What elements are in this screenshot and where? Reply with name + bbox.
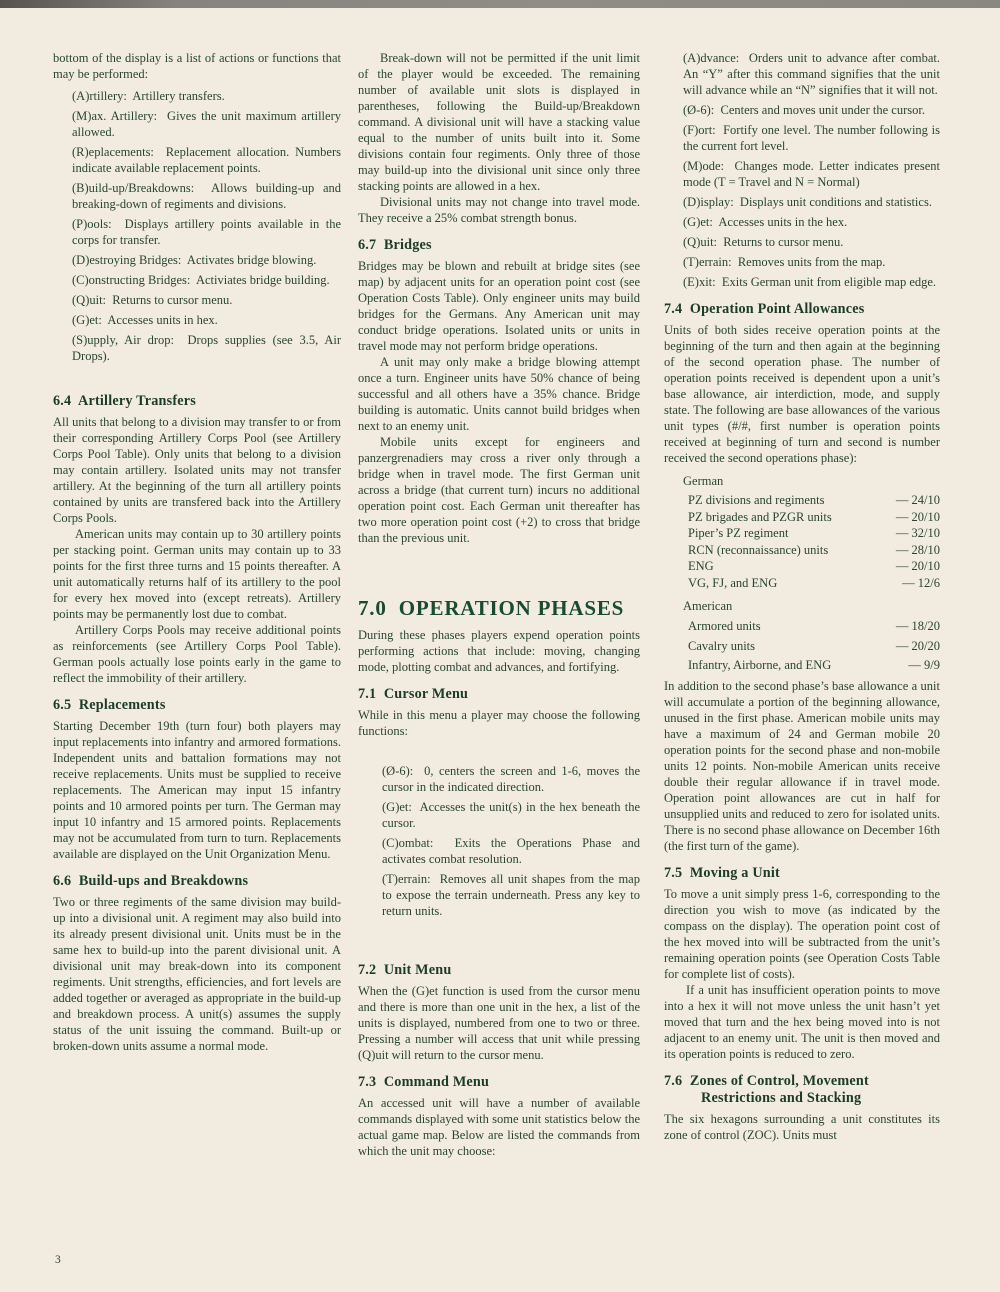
allowance-row: PZ divisions and regiments— 24/10 <box>664 492 940 509</box>
allowance-value: — 24/10 <box>888 492 940 509</box>
column-left: bottom of the display is a list of actio… <box>53 50 341 1054</box>
paragraph: While in this menu a player may choose t… <box>358 707 640 739</box>
allowance-group-header: American <box>664 598 940 614</box>
paragraph: bottom of the display is a list of actio… <box>53 50 341 82</box>
allowance-label: Armored units <box>688 617 761 637</box>
paragraph: Mobile units except for engineers and pa… <box>358 434 640 546</box>
command-item: (S)upply, Air drop: Drops supplies (see … <box>72 332 341 364</box>
spacer <box>53 368 341 382</box>
allowance-label: VG, FJ, and ENG <box>688 575 777 592</box>
allowance-value: — 20/20 <box>888 637 940 657</box>
paragraph: Bridges may be blown and rebuilt at brid… <box>358 258 640 354</box>
section-heading: 7.4 Operation Point Allowances <box>664 301 940 318</box>
paragraph: When the (G)et function is used from the… <box>358 983 640 1063</box>
command-item: (D)isplay: Displays unit conditions and … <box>683 194 940 210</box>
command-item: (Q)uit: Returns to cursor menu. <box>72 292 341 308</box>
paragraph: During these phases players expend opera… <box>358 627 640 675</box>
paragraph: American units may contain up to 30 arti… <box>53 526 341 622</box>
column-middle: Break-down will not be permitted if the … <box>358 50 640 1159</box>
section-heading: 7.3 Command Menu <box>358 1074 640 1091</box>
allowance-label: PZ brigades and PZGR units <box>688 509 832 526</box>
command-item: (C)ombat: Exits the Operations Phase and… <box>382 835 640 867</box>
allowance-value: — 20/10 <box>888 509 940 526</box>
allowance-group: GermanPZ divisions and regiments— 24/10P… <box>664 473 940 591</box>
allowance-group-header: German <box>664 473 940 489</box>
allowance-label: RCN (reconnaissance) units <box>688 542 828 559</box>
allowance-label: Cavalry units <box>688 637 755 657</box>
section-heading: 6.7 Bridges <box>358 237 640 254</box>
allowance-label: ENG <box>688 558 714 575</box>
paragraph: An accessed unit will have a number of a… <box>358 1095 640 1159</box>
allowance-row: Infantry, Airborne, and ENG— 9/9 <box>664 656 940 676</box>
allowance-value: — 12/6 <box>894 575 940 592</box>
command-item: (P)ools: Displays artillery points avail… <box>72 216 341 248</box>
command-item: (D)estroying Bridges: Activates bridge b… <box>72 252 341 268</box>
command-item: (M)ode: Changes mode. Letter indicates p… <box>683 158 940 190</box>
allowance-value: — 28/10 <box>888 542 940 559</box>
section-heading: 7.6 Zones of Control, Movement Restricti… <box>664 1073 940 1107</box>
command-item: (Ø-6): 0, centers the screen and 1-6, mo… <box>382 763 640 795</box>
paragraph: Artillery Corps Pools may receive additi… <box>53 622 341 686</box>
allowance-value: — 9/9 <box>900 656 940 676</box>
command-item: (Q)uit: Returns to cursor menu. <box>683 234 940 250</box>
paragraph: In addition to the second phase’s base a… <box>664 678 940 854</box>
allowance-row: Armored units— 18/20 <box>664 617 940 637</box>
allowance-label: Piper’s PZ regiment <box>688 525 788 542</box>
allowance-row: VG, FJ, and ENG— 12/6 <box>664 575 940 592</box>
paragraph: Break-down will not be permitted if the … <box>358 50 640 194</box>
allowance-value: — 18/20 <box>888 617 940 637</box>
command-item: (R)eplacements: Replacement allocation. … <box>72 144 341 176</box>
section-heading: 7.5 Moving a Unit <box>664 865 940 882</box>
command-item: (C)onstructing Bridges: Activiates bridg… <box>72 272 341 288</box>
spacer <box>358 546 640 594</box>
paragraph: Units of both sides receive operation po… <box>664 322 940 466</box>
command-item: (Ø-6): Centers and moves unit under the … <box>683 102 940 118</box>
chapter-heading: 7.0 OPERATION PHASES <box>358 596 640 620</box>
paragraph: Starting December 19th (turn four) both … <box>53 718 341 862</box>
command-item: (T)errain: Removes all unit shapes from … <box>382 871 640 919</box>
spacer <box>358 923 640 951</box>
allowance-value: — 20/10 <box>888 558 940 575</box>
paragraph: Divisional units may not change into tra… <box>358 194 640 226</box>
command-item: (E)xit: Exits German unit from eligible … <box>683 274 940 290</box>
paragraph: If a unit has insufficient operation poi… <box>664 982 940 1062</box>
section-heading: 6.6 Build-ups and Breakdowns <box>53 873 341 890</box>
allowance-row: Cavalry units— 20/20 <box>664 637 940 657</box>
allowance-value: — 32/10 <box>888 525 940 542</box>
allowance-row: PZ brigades and PZGR units— 20/10 <box>664 509 940 526</box>
allowance-row: RCN (reconnaissance) units— 28/10 <box>664 542 940 559</box>
command-item: (T)errain: Removes units from the map. <box>683 254 940 270</box>
command-item: (B)uild-up/Breakdowns: Allows building-u… <box>72 180 341 212</box>
command-item: (A)rtillery: Artillery transfers. <box>72 88 341 104</box>
allowance-row: ENG— 20/10 <box>664 558 940 575</box>
allowance-label: Infantry, Airborne, and ENG <box>688 656 831 676</box>
section-heading: 6.5 Replacements <box>53 697 341 714</box>
paragraph: A unit may only make a bridge blowing at… <box>358 354 640 434</box>
column-right: (A)dvance: Orders unit to advance after … <box>664 50 940 1143</box>
command-item: (F)ort: Fortify one level. The number fo… <box>683 122 940 154</box>
allowance-label: PZ divisions and regiments <box>688 492 824 509</box>
section-heading: 7.1 Cursor Menu <box>358 686 640 703</box>
paragraph: Two or three regiments of the same divis… <box>53 894 341 1054</box>
allowance-group: AmericanArmored units— 18/20Cavalry unit… <box>664 598 940 676</box>
command-item: (M)ax. Artillery: Gives the unit maximum… <box>72 108 341 140</box>
spacer <box>358 739 640 763</box>
command-item: (G)et: Accesses units in hex. <box>72 312 341 328</box>
allowance-row: Piper’s PZ regiment— 32/10 <box>664 525 940 542</box>
paragraph: The six hexagons surrounding a unit cons… <box>664 1111 940 1143</box>
command-item: (G)et: Accesses units in the hex. <box>683 214 940 230</box>
paragraph: All units that belong to a division may … <box>53 414 341 526</box>
command-item: (G)et: Accesses the unit(s) in the hex b… <box>382 799 640 831</box>
scan-top-edge <box>0 0 1000 8</box>
section-heading: 7.2 Unit Menu <box>358 962 640 979</box>
paragraph: To move a unit simply press 1-6, corresp… <box>664 886 940 982</box>
page-number: 3 <box>55 1252 61 1268</box>
allowance-table: GermanPZ divisions and regiments— 24/10P… <box>664 473 940 676</box>
section-heading: 6.4 Artillery Transfers <box>53 393 341 410</box>
command-item: (A)dvance: Orders unit to advance after … <box>683 50 940 98</box>
